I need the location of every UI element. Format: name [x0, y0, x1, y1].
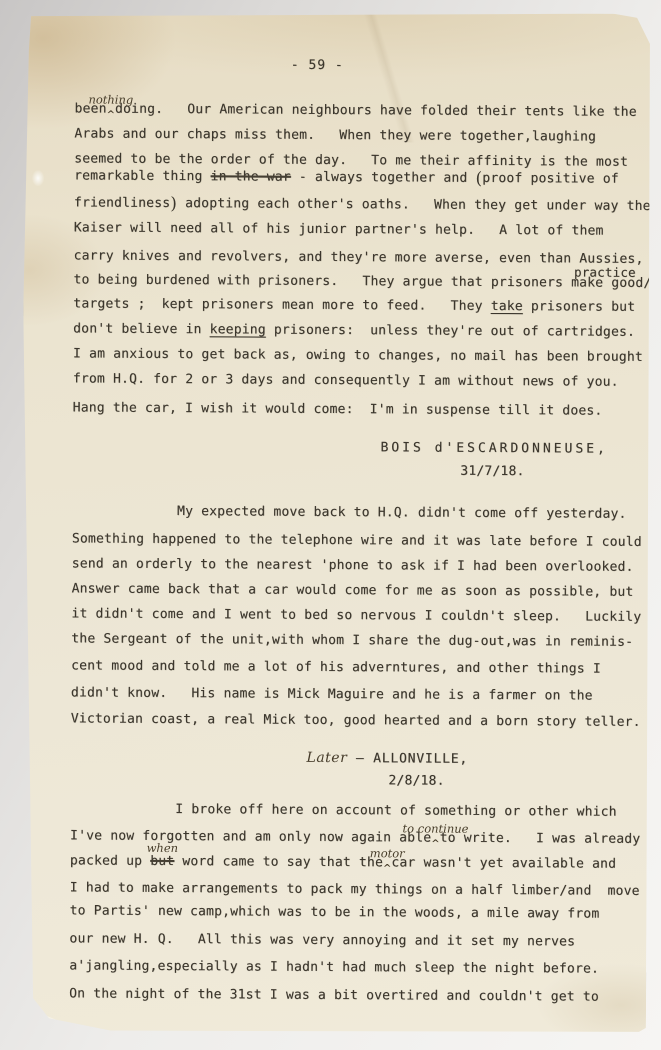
text-line-paragraph-1-0: beennothing^doing. Our American neighbou…	[74, 101, 636, 126]
typed-text: carry knives and revolvers, and they're …	[74, 248, 644, 266]
typed-text: - always together and	[291, 170, 476, 186]
text-line-dateline-1-0: BOIS d'ESCARDONNEUSE,	[380, 440, 607, 457]
scan-background: - 59 - beennothing^doing. Our American n…	[0, 0, 661, 1050]
text-line-paragraph-2-7: didn't know. His name is Mick Maguire an…	[71, 685, 593, 704]
typed-text: to Partis' new camp,which was to be in t…	[70, 903, 600, 921]
typed-text: to being burdened with prisoners. They a…	[73, 272, 571, 290]
text-line-dateline-2-1: 2/8/18.	[388, 773, 444, 789]
typed-text: Something happened to the telephone wire…	[72, 531, 642, 549]
typed-text: 2/8/18.	[388, 773, 444, 788]
text-line-paragraph-3-3: I had to make arrangements to pack my th…	[70, 880, 640, 899]
typed-text: doing. Our American neighbours have fold…	[115, 102, 637, 120]
text-line-paragraph-1-3: remarkable thing in the war - always tog…	[74, 168, 619, 187]
text-line-paragraph-1-6: carry knives and revolvers, and they're …	[74, 248, 644, 267]
text-line-paragraph-1-1: Arabs and our chaps miss them. When they…	[74, 126, 596, 145]
typed-text: targets ; kept prisoners mean more to fe…	[73, 296, 490, 314]
typed-text: Arabs and our chaps miss them. When they…	[74, 126, 596, 144]
typed-text: the Sergeant of the unit,with whom I sha…	[71, 631, 633, 649]
text-line-paragraph-1-4: friendliness) adopting each other's oath…	[74, 195, 651, 215]
typed-text: packed up	[70, 853, 150, 868]
typed-text: it didn't come and I went to bed so nerv…	[71, 606, 641, 624]
typed-text: My expected move back to H.Q. didn't com…	[177, 504, 627, 522]
typed-text: don't believe in	[73, 321, 210, 337]
typed-text: Victorian coast, a real Mick too, good h…	[71, 711, 641, 729]
text-line-paragraph-2-0: My expected move back to H.Q. didn't com…	[177, 504, 627, 523]
typed-text: I've now forgotten and am only now again…	[70, 828, 431, 845]
text-line-paragraph-2-6: cent mood and told me a lot of his adver…	[71, 658, 601, 677]
typed-text: 31/7/18.	[460, 464, 524, 479]
struck-text: in the war	[211, 169, 291, 184]
text-line-paragraph-1-7: to being burdened with prisoners. They a…	[73, 272, 651, 292]
typed-text: BOIS d'ESCARDONNEUSE,	[380, 440, 607, 456]
text-line-paragraph-1-5: Kaiser will need all of his junior partn…	[74, 220, 604, 239]
handwritten-text: Later	[307, 750, 348, 766]
text-line-paragraph-3-6: a'jangling,especially as I hadn't had mu…	[69, 958, 599, 977]
typed-text: On the night of the 31st I was a bit ove…	[69, 986, 599, 1004]
text-line-paragraph-1-2: seemed to be the order of the day. To me…	[74, 151, 628, 170]
handwritten-insertion-above: when	[147, 843, 179, 854]
typed-text: friendliness	[74, 195, 170, 211]
typed-text: prisoners but	[523, 299, 635, 315]
typed-with-insertion: practicemake good/	[571, 275, 651, 290]
text-line-paragraph-1-10: I am anxious to get back as, owing to ch…	[73, 346, 643, 365]
text-line-paragraph-2-8: Victorian coast, a real Mick too, good h…	[71, 711, 641, 730]
typed-text: proof positive of	[482, 171, 619, 187]
typed-text: Kaiser will need all of his junior partn…	[74, 220, 604, 238]
text-line-paragraph-3-4: to Partis' new camp,which was to be in t…	[70, 903, 600, 922]
typed-text: cent mood and told me a lot of his adver…	[71, 658, 601, 676]
typed-text: Hang the car, I wish it would come: I'm …	[73, 400, 603, 418]
typed-text: send an orderly to the nearest 'phone to…	[72, 556, 634, 574]
underlined-text: keeping	[210, 322, 266, 337]
text-line-paragraph-2-5: the Sergeant of the unit,with whom I sha…	[71, 631, 633, 650]
caret-insertion: nothing^	[107, 110, 115, 121]
text-line-paragraph-2-1: Something happened to the telephone wire…	[72, 531, 642, 550]
typed-text: seemed to be the order of the day. To me…	[74, 151, 628, 169]
typed-text: — ALLONVILLE,	[347, 751, 468, 767]
paper: - 59 - beennothing^doing. Our American n…	[19, 10, 652, 1036]
text-line-paragraph-1-12: Hang the car, I wish it would come: I'm …	[73, 400, 603, 419]
text-line-paragraph-1-11: from H.Q. for 2 or 3 days and consequent…	[73, 371, 619, 390]
typed-text: adopting each other's oaths. When they g…	[177, 196, 651, 214]
paper-chip-mark	[32, 170, 44, 186]
typed-text: word came to say that the	[174, 854, 383, 870]
typed-text: I broke off here on account of something…	[175, 802, 617, 820]
text-line-paragraph-2-4: it didn't come and I went to bed so nerv…	[71, 606, 641, 625]
typed-text: a'jangling,especially as I hadn't had mu…	[69, 958, 599, 976]
text-line-paragraph-3-5: our new H. Q. All this was very annoying…	[69, 931, 575, 950]
text-line-paragraph-3-0: I broke off here on account of something…	[175, 802, 617, 821]
caret-insertion: to continue^	[431, 839, 439, 850]
struck-text: whenbut	[150, 854, 174, 869]
underlined-text: take	[491, 299, 523, 314]
typed-text: remarkable thing	[74, 168, 211, 184]
typed-insertion-above: practice	[574, 265, 636, 278]
typed-text: to write. I was already	[440, 831, 641, 847]
text-line-paragraph-1-9: don't believe in keeping prisoners: unle…	[73, 321, 635, 340]
typed-text: I am anxious to get back as, owing to ch…	[73, 346, 643, 364]
typed-text: didn't know. His name is Mick Maguire an…	[71, 685, 593, 703]
page-number: - 59 -	[291, 58, 344, 74]
typed-text: car wasn't yet available and	[391, 855, 616, 871]
typed-text: prisoners: unless they're out of cartrid…	[266, 323, 635, 340]
typed-text: our new H. Q. All this was very annoying…	[69, 931, 575, 949]
text-line-paragraph-1-8: targets ; kept prisoners mean more to fe…	[73, 296, 635, 315]
typed-text: I had to make arrangements to pack my th…	[70, 880, 640, 898]
text-line-paragraph-3-2: packed up whenbut word came to say that …	[70, 853, 616, 878]
text-line-paragraph-2-3: Answer came back that a car would come f…	[72, 581, 634, 600]
typed-text: Answer came back that a car would come f…	[72, 581, 634, 599]
text-line-paragraph-3-7: On the night of the 31st I was a bit ove…	[69, 986, 599, 1005]
text-line-dateline-1-1: 31/7/18.	[460, 464, 524, 480]
text-line-paragraph-2-2: send an orderly to the nearest 'phone to…	[72, 556, 634, 575]
typed-text: from H.Q. for 2 or 3 days and consequent…	[73, 371, 619, 389]
text-line-dateline-2-0: Later — ALLONVILLE,	[307, 750, 469, 768]
